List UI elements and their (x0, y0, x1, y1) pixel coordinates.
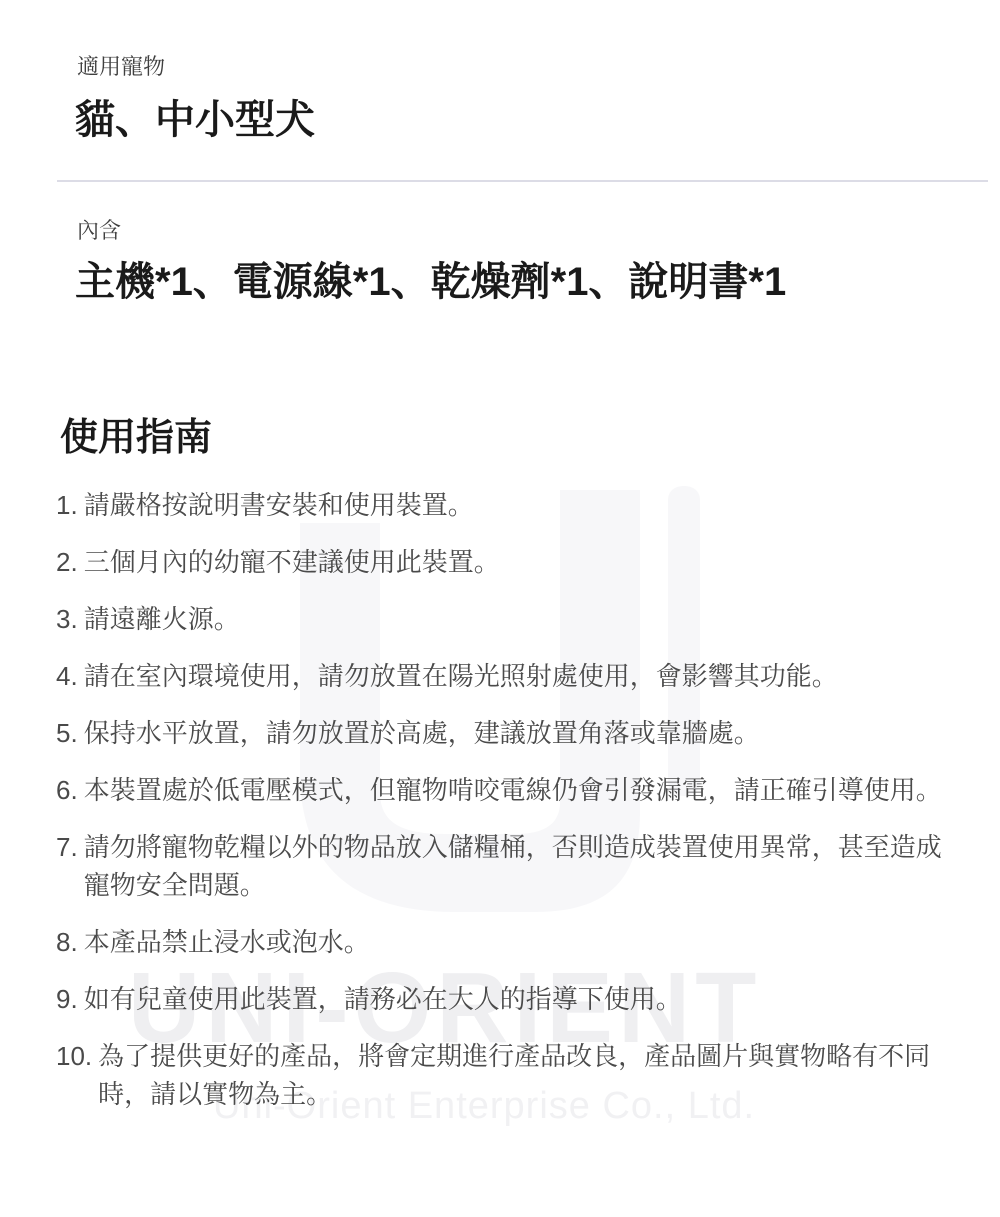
product-description-page: UNI-ORIENT Uni-Orient Enterprise Co., Lt… (0, 0, 1000, 1217)
usage-guide-title: 使用指南 (60, 414, 212, 463)
package-contents-label: 內含 (77, 216, 121, 247)
guide-item-text: 請嚴格按說明書安裝和使用裝置。 (84, 486, 946, 524)
guide-item-4: 4. 請在室內環境使用，請勿放置在陽光照射處使用，會影響其功能。 (56, 657, 946, 695)
guide-item-text: 請遠離火源。 (84, 600, 946, 638)
guide-item-text: 本產品禁止浸水或泡水。 (84, 923, 946, 961)
guide-item-number: 4. (56, 657, 84, 695)
guide-item-7: 7. 請勿將寵物乾糧以外的物品放入儲糧桶，否則造成裝置使用異常，甚至造成寵物安全… (56, 828, 946, 904)
guide-item-9: 9. 如有兒童使用此裝置，請務必在大人的指導下使用。 (56, 980, 946, 1018)
guide-item-number: 7. (56, 828, 84, 866)
guide-item-2: 2. 三個月內的幼寵不建議使用此裝置。 (56, 543, 946, 581)
package-contents-value: 主機*1、電源線*1、乾燥劑*1、說明書*1 (75, 256, 786, 308)
applicable-pets-label: 適用寵物 (77, 52, 165, 83)
guide-item-text: 為了提供更好的產品，將會定期進行產品改良，產品圖片與實物略有不同時，請以實物為主… (98, 1037, 946, 1113)
guide-item-text: 三個月內的幼寵不建議使用此裝置。 (84, 543, 946, 581)
usage-guide-list: 1. 請嚴格按說明書安裝和使用裝置。 2. 三個月內的幼寵不建議使用此裝置。 3… (56, 486, 946, 1132)
section-divider (57, 180, 988, 182)
guide-item-text: 本裝置處於低電壓模式，但寵物啃咬電線仍會引發漏電，請正確引導使用。 (84, 771, 946, 809)
guide-item-5: 5. 保持水平放置，請勿放置於高處，建議放置角落或靠牆處。 (56, 714, 946, 752)
guide-item-number: 8. (56, 923, 84, 961)
guide-item-number: 10. (56, 1037, 98, 1075)
guide-item-3: 3. 請遠離火源。 (56, 600, 946, 638)
applicable-pets-value: 貓、中小型犬 (75, 94, 315, 146)
guide-item-text: 如有兒童使用此裝置，請務必在大人的指導下使用。 (84, 980, 946, 1018)
guide-item-number: 5. (56, 714, 84, 752)
guide-item-number: 6. (56, 771, 84, 809)
guide-item-10: 10. 為了提供更好的產品，將會定期進行產品改良，產品圖片與實物略有不同時，請以… (56, 1037, 946, 1113)
guide-item-text: 請勿將寵物乾糧以外的物品放入儲糧桶，否則造成裝置使用異常，甚至造成寵物安全問題。 (84, 828, 946, 904)
guide-item-number: 1. (56, 486, 84, 524)
guide-item-1: 1. 請嚴格按說明書安裝和使用裝置。 (56, 486, 946, 524)
guide-item-text: 請在室內環境使用，請勿放置在陽光照射處使用，會影響其功能。 (84, 657, 946, 695)
guide-item-text: 保持水平放置，請勿放置於高處，建議放置角落或靠牆處。 (84, 714, 946, 752)
guide-item-8: 8. 本產品禁止浸水或泡水。 (56, 923, 946, 961)
guide-item-number: 3. (56, 600, 84, 638)
guide-item-number: 2. (56, 543, 84, 581)
guide-item-6: 6. 本裝置處於低電壓模式，但寵物啃咬電線仍會引發漏電，請正確引導使用。 (56, 771, 946, 809)
guide-item-number: 9. (56, 980, 84, 1018)
